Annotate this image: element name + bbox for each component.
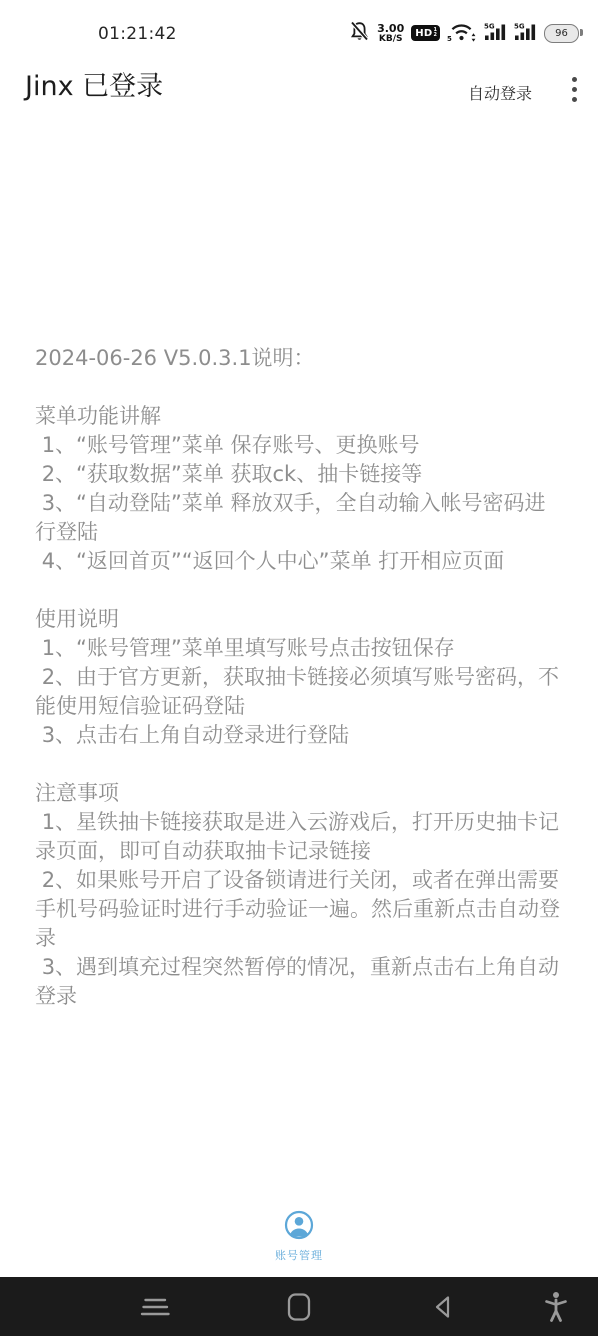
recents-button[interactable] [131, 1277, 179, 1336]
app-bar: Jinx 已登录 自动登录 [0, 56, 598, 130]
status-icons: 3.00 KB/S HD 1 2 5 [349, 21, 579, 45]
tab-account-management[interactable]: 账号管理 [275, 1204, 323, 1276]
section-menu-functions: 菜单功能讲解 1、“账号管理”菜单 保存账号、更换账号 2、“获取数据”菜单 获… [35, 402, 565, 576]
network-speed-indicator: 3.00 KB/S [377, 23, 404, 44]
home-icon [286, 1292, 312, 1322]
wifi-icon: 5 [447, 21, 477, 46]
list-item: 4、“返回首页”“返回个人中心”菜单 打开相应页面 [35, 547, 565, 576]
home-button[interactable] [275, 1277, 323, 1336]
battery-percent: 96 [555, 28, 568, 39]
screen: 01:21:42 3.00 KB/S HD 1 2 [0, 0, 598, 1336]
cellular-signal-sim2-icon: 5G [514, 22, 537, 44]
list-item: 2、由于官方更新，获取抽卡链接必须填写账号密码，不能使用短信验证码登陆 [35, 663, 565, 721]
list-item: 2、如果账号开启了设备锁请进行关闭，或者在弹出需要手机号码验证时进行手动验证一遍… [35, 866, 565, 953]
tab-label: 账号管理 [275, 1247, 323, 1263]
account-icon [284, 1210, 314, 1244]
release-notes: 2024-06-26 V5.0.3.1说明： 菜单功能讲解 1、“账号管理”菜单… [35, 344, 565, 1011]
cellular-signal-sim1-icon: 5G [484, 22, 507, 44]
list-item: 2、“获取数据”菜单 获取ck、抽卡链接等 [35, 460, 565, 489]
section-notes: 注意事项 1、星铁抽卡链接获取是进入云游戏后，打开历史抽卡记录页面，即可自动获取… [35, 779, 565, 1011]
accessibility-person-icon [543, 1290, 569, 1324]
page-title: Jinx 已登录 [25, 64, 163, 103]
section-heading: 菜单功能讲解 [35, 402, 565, 431]
list-item: 1、“账号管理”菜单 保存账号、更换账号 [35, 431, 565, 460]
accessibility-button[interactable] [532, 1277, 580, 1336]
back-button[interactable] [419, 1277, 467, 1336]
section-heading: 使用说明 [35, 605, 565, 634]
signal-5g-label: 5G [484, 23, 495, 31]
svg-text:5: 5 [447, 35, 452, 42]
list-item: 3、“自动登陆”菜单 释放双手，全自动输入帐号密码进行登陆 [35, 489, 565, 547]
status-bar: 01:21:42 3.00 KB/S HD 1 2 [0, 0, 598, 56]
list-item: 1、“账号管理”菜单里填写账号点击按钮保存 [35, 634, 565, 663]
auto-login-button[interactable]: 自动登录 [468, 81, 532, 104]
section-usage: 使用说明 1、“账号管理”菜单里填写账号点击按钮保存 2、由于官方更新，获取抽卡… [35, 605, 565, 750]
recents-icon [140, 1297, 170, 1317]
notifications-muted-icon [349, 20, 370, 46]
list-item: 1、星铁抽卡链接获取是进入云游戏后，打开历史抽卡记录页面，即可自动获取抽卡记录链… [35, 808, 565, 866]
status-time: 01:21:42 [98, 24, 177, 44]
battery-icon: 96 [544, 24, 579, 43]
volte-hd-icon: HD 1 2 [411, 25, 440, 41]
section-heading: 注意事项 [35, 779, 565, 808]
list-item: 3、遇到填充过程突然暂停的情况，重新点击右上角自动登录 [35, 953, 565, 1011]
list-item: 3、点击右上角自动登录进行登陆 [35, 721, 565, 750]
overflow-menu-icon[interactable] [571, 77, 577, 107]
svg-text:5G: 5G [514, 23, 525, 31]
android-nav-bar [0, 1277, 598, 1336]
version-intro: 2024-06-26 V5.0.3.1说明： [35, 344, 565, 373]
back-icon [431, 1294, 455, 1320]
tab-bar: 账号管理 [0, 1204, 598, 1276]
